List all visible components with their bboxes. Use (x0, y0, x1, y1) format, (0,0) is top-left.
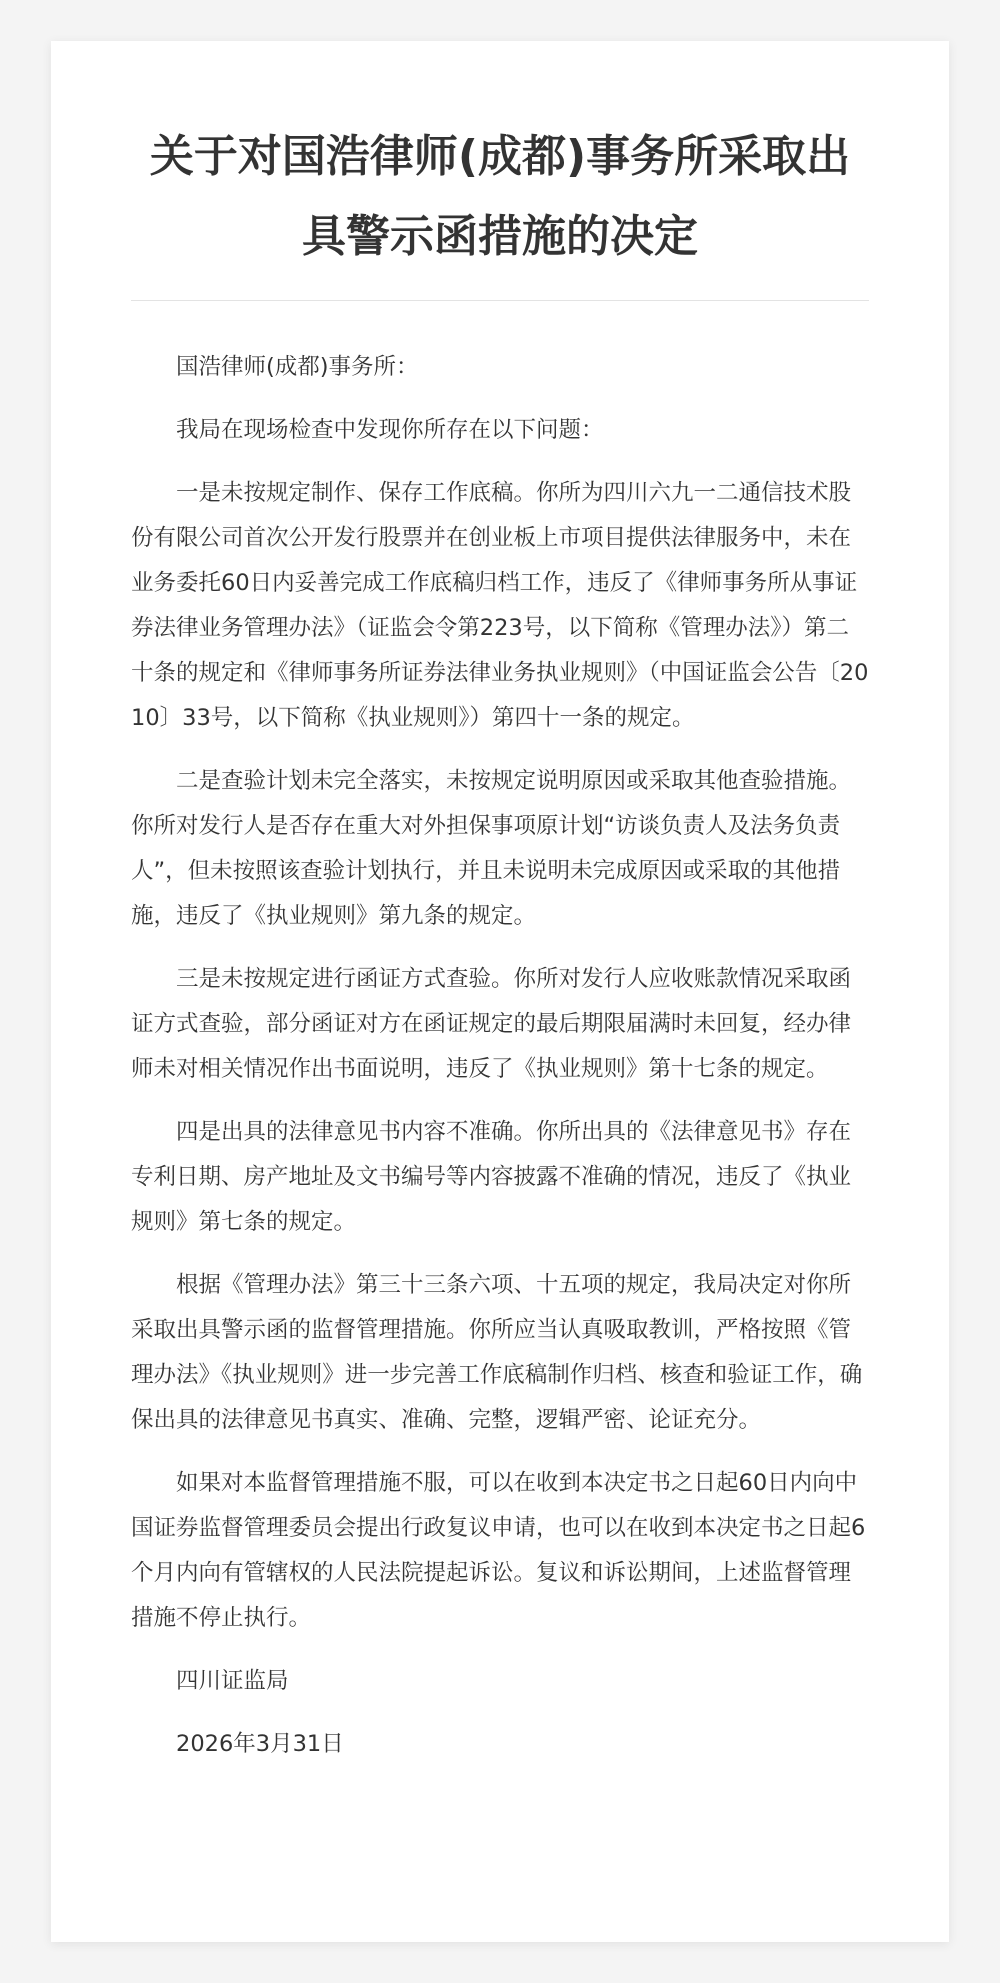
issue-paragraph-1: 一是未按规定制作、保存工作底稿。你所为四川六九一二通信技术股份有限公司首次公开发… (131, 471, 869, 741)
document-body: 国浩律师(成都)事务所： 我局在现场检查中发现你所存在以下问题： 一是未按规定制… (131, 345, 869, 1767)
issue-paragraph-2: 二是查验计划未完全落实，未按规定说明原因或采取其他查验措施。你所对发行人是否存在… (131, 759, 869, 939)
document-card: 关于对国浩律师(成都)事务所采取出具警示函措施的决定 国浩律师(成都)事务所： … (51, 41, 949, 1942)
decision-paragraph: 根据《管理办法》第三十三条六项、十五项的规定，我局决定对你所采取出具警示函的监督… (131, 1263, 869, 1443)
appeal-paragraph: 如果对本监督管理措施不服，可以在收到本决定书之日起60日内向中国证券监督管理委员… (131, 1461, 869, 1641)
title-divider (131, 300, 869, 301)
issue-paragraph-3: 三是未按规定进行函证方式查验。你所对发行人应收账款情况采取函证方式查验，部分函证… (131, 957, 869, 1092)
issue-date: 2026年3月31日 (131, 1722, 869, 1767)
intro-paragraph: 我局在现场检查中发现你所存在以下问题： (131, 408, 869, 453)
document-title: 关于对国浩律师(成都)事务所采取出具警示函措施的决定 (131, 41, 869, 277)
issue-paragraph-4: 四是出具的法律意见书内容不准确。你所出具的《法律意见书》存在专利日期、房产地址及… (131, 1110, 869, 1245)
issuer-signature: 四川证监局 (131, 1659, 869, 1704)
salutation: 国浩律师(成都)事务所： (131, 345, 869, 390)
